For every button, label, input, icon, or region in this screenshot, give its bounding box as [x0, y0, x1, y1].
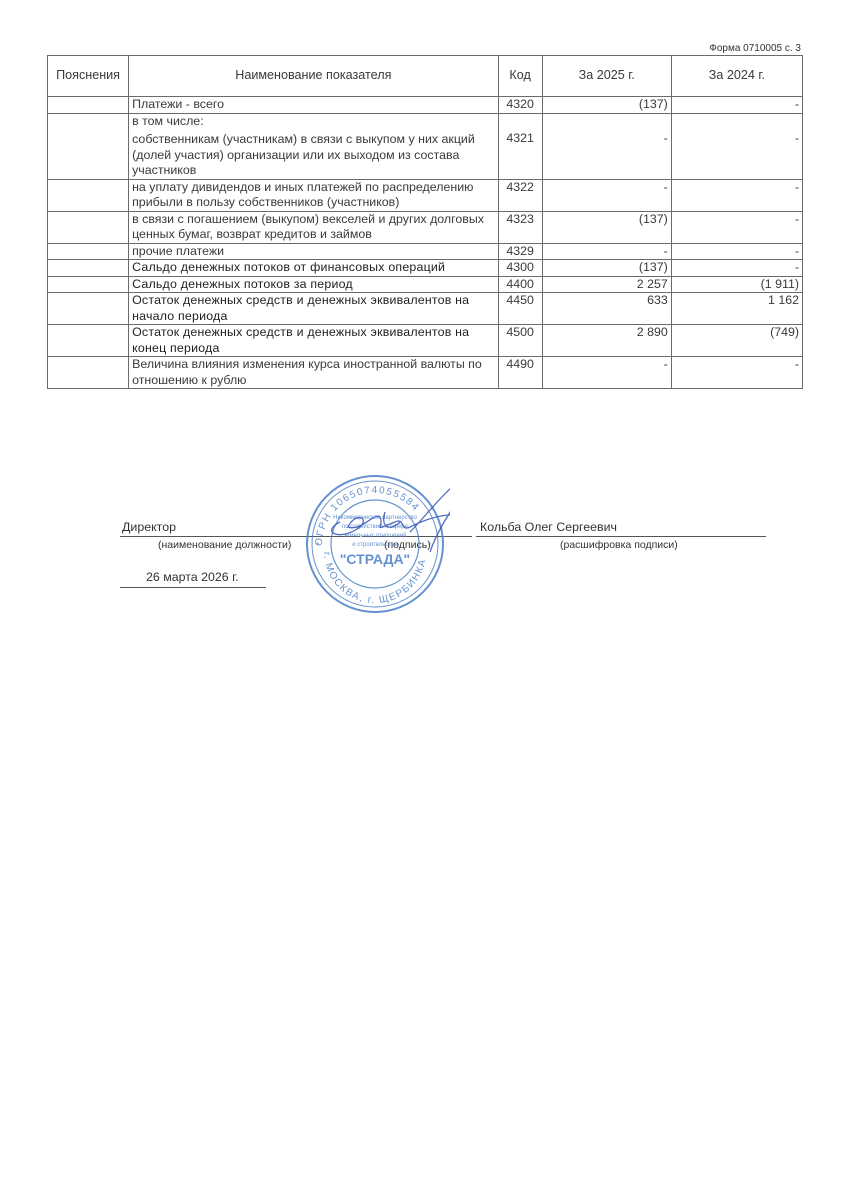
cell-notes	[48, 243, 129, 260]
signature-date: 26 марта 2026 г.	[146, 570, 239, 584]
cell-code: 4323	[498, 211, 542, 243]
cell-code: 4450	[498, 293, 542, 325]
table-row: Величина влияния изменения курса иностра…	[48, 357, 803, 389]
cell-code: 4321	[498, 113, 542, 179]
cell-code: 4490	[498, 357, 542, 389]
name-text: Сальдо денежных потоков от финансовых оп…	[132, 260, 494, 276]
cell-2024: -	[671, 97, 802, 114]
cell-name: в связи с погашением (выкупом) векселей …	[129, 211, 498, 243]
cell-name: в том числе:собственникам (участникам) в…	[129, 113, 498, 179]
cell-2024: 1 162	[671, 293, 802, 325]
cell-notes	[48, 97, 129, 114]
svg-text:и строительства: и строительства	[352, 542, 398, 548]
table-row: Сальдо денежных потоков за период44002 2…	[48, 276, 803, 293]
table-row: Платежи - всего4320(137)-	[48, 97, 803, 114]
table-header-row: Пояснения Наименование показателя Код За…	[48, 56, 803, 97]
cell-code: 4329	[498, 243, 542, 260]
cell-code: 4300	[498, 260, 542, 277]
col-header-code: Код	[498, 56, 542, 97]
cell-name: Платежи - всего	[129, 97, 498, 114]
cell-notes	[48, 357, 129, 389]
cell-2024: -	[671, 113, 802, 179]
cell-2025: (137)	[542, 97, 671, 114]
cell-notes	[48, 293, 129, 325]
cell-name: Сальдо денежных потоков за период	[129, 276, 498, 293]
position-caption: (наименование должности)	[158, 539, 291, 551]
name-text: прочие платежи	[132, 244, 494, 260]
cell-2025: (137)	[542, 211, 671, 243]
date-line	[120, 587, 266, 588]
table-row: прочие платежи4329--	[48, 243, 803, 260]
name-text: Остаток денежных средств и денежных экви…	[132, 293, 494, 324]
cell-2025: -	[542, 179, 671, 211]
table-row: в связи с погашением (выкупом) векселей …	[48, 211, 803, 243]
svg-text:*: *	[316, 541, 319, 550]
cell-notes	[48, 325, 129, 357]
table-row: Остаток денежных средств и денежных экви…	[48, 325, 803, 357]
cell-code: 4322	[498, 179, 542, 211]
col-header-2024: За 2024 г.	[671, 56, 802, 97]
name-text: Платежи - всего	[132, 97, 494, 113]
name-text: на уплату дивидендов и иных платежей по …	[132, 180, 494, 211]
col-header-notes: Пояснения	[48, 56, 129, 97]
name-text: Остаток денежных средств и денежных экви…	[132, 325, 494, 356]
cash-flow-table: Пояснения Наименование показателя Код За…	[47, 55, 803, 389]
cell-2025: -	[542, 357, 671, 389]
name-caption: (расшифровка подписи)	[560, 539, 678, 551]
cell-2024: -	[671, 357, 802, 389]
cell-2025: (137)	[542, 260, 671, 277]
cell-2024: (1 911)	[671, 276, 802, 293]
col-header-name: Наименование показателя	[129, 56, 498, 97]
cell-2024: -	[671, 179, 802, 211]
name-text: Величина влияния изменения курса иностра…	[132, 357, 494, 388]
cell-2025: 2 890	[542, 325, 671, 357]
cell-2024: -	[671, 211, 802, 243]
cell-2025: -	[542, 243, 671, 260]
cell-name: на уплату дивидендов и иных платежей по …	[129, 179, 498, 211]
cell-name: Остаток денежных средств и денежных экви…	[129, 293, 498, 325]
signer-full-name: Кольба Олег Сергеевич	[480, 520, 617, 534]
svg-text:земельных отношений: земельных отношений	[344, 532, 407, 539]
cell-notes	[48, 179, 129, 211]
name-text: собственникам (участникам) в связи с вык…	[132, 132, 494, 179]
name-prefix: в том числе:	[132, 114, 494, 130]
cell-name: прочие платежи	[129, 243, 498, 260]
cell-name: Величина влияния изменения курса иностра…	[129, 357, 498, 389]
form-code: Форма 0710005 с. 3	[709, 43, 801, 54]
cell-code: 4400	[498, 276, 542, 293]
cell-notes	[48, 260, 129, 277]
cell-code: 4500	[498, 325, 542, 357]
table-row: в том числе:собственникам (участникам) в…	[48, 113, 803, 179]
table-row: Сальдо денежных потоков от финансовых оп…	[48, 260, 803, 277]
table-row: Остаток денежных средств и денежных экви…	[48, 293, 803, 325]
cell-notes	[48, 211, 129, 243]
name-text: в связи с погашением (выкупом) векселей …	[132, 212, 494, 243]
signer-position: Директор	[122, 520, 176, 534]
cell-2025: 2 257	[542, 276, 671, 293]
cell-2024: (749)	[671, 325, 802, 357]
cell-name: Остаток денежных средств и денежных экви…	[129, 325, 498, 357]
cell-2025: -	[542, 113, 671, 179]
table-row: на уплату дивидендов и иных платежей по …	[48, 179, 803, 211]
svg-text:Некоммерческое партнерство: Некоммерческое партнерство	[333, 515, 417, 521]
cell-code: 4320	[498, 97, 542, 114]
svg-text:"СТРАДА": "СТРАДА"	[340, 551, 410, 567]
col-header-2025: За 2025 г.	[542, 56, 671, 97]
company-stamp-icon: ОГРН 1065074055584 г. МОСКВА, г. ЩЕРБИНК…	[300, 472, 450, 614]
cell-notes	[48, 276, 129, 293]
cell-2025: 633	[542, 293, 671, 325]
cell-name: Сальдо денежных потоков от финансовых оп…	[129, 260, 498, 277]
name-text: Сальдо денежных потоков за период	[132, 277, 494, 293]
cell-2024: -	[671, 260, 802, 277]
name-line	[476, 536, 766, 537]
cell-notes	[48, 113, 129, 179]
cell-2024: -	[671, 243, 802, 260]
